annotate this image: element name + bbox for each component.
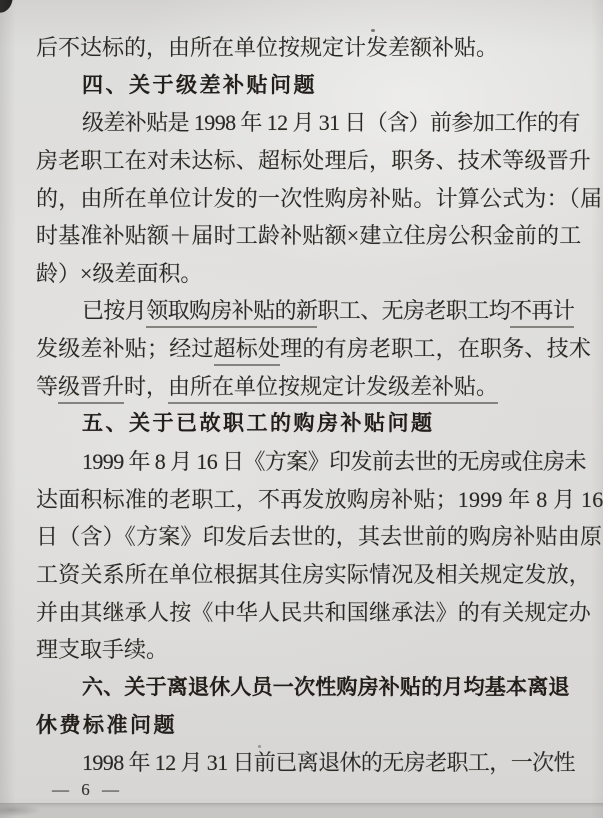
text-line: 达面积标准的老职工，不再发放购房补贴；1999 年 8 月 16 [36,481,570,519]
text-segment: 1998 年 12 月 31 日前已离退休的无房老职工，一次性 [82,750,575,775]
text-line: 1999 年 8 月 16 日《方案》印发前去世的无房或住房未 [36,443,570,481]
text-line: 后不达标的，由所在单位按规定计发差额补贴。 [36,29,570,67]
text-segment: 时基准补贴额＋届时工龄补贴额×建立住房公积金前的工 [36,223,581,248]
text-line: 等级晋升时，由所在单位按规定计发级差补贴。 [36,368,570,406]
doc-lines: 后不达标的，由所在单位按规定计发差额补贴。四、关于级差补贴问题级差补贴是 199… [36,29,570,782]
text-segment: 达面积标准的老职工，不再发放购房补贴；1999 年 8 月 16 [36,487,603,512]
text-line: 并由其继承人按《中华人民共和国继承法》的有关规定办 [36,594,570,632]
text-line: 日（含）《方案》印发后去世的，其去世前的购房补贴由原 [36,518,570,556]
text-line: 房老职工在对未达标、超标处理后，职务、技术等级晋升 [36,142,570,180]
scan-dot-artifact [258,745,261,748]
scan-bottom-edge [0,803,603,818]
text-segment: 已按月 [82,298,146,323]
text-line: 理支取手续。 [36,631,570,669]
page-number: — 6 — [52,780,123,800]
text-segment: 工资关系所在单位根据其住房实际情况及相关规定发放， [36,562,591,587]
pencil-underlined-text: 级晋升 [58,374,124,404]
heading-line: 休费标准问题 [36,707,570,745]
text-segment: 房老职工在对未达标、超标处理后，职务、技术等级晋升 [36,148,591,173]
heading-line: 四、关于级差补贴问题 [36,67,570,105]
text-segment: 职工、无房老职工均 [317,298,510,323]
scan-dot-artifact [371,29,375,32]
text-segment: 并由其继承人按《中华人民共和国继承法》的有关规定办 [36,600,591,625]
pencil-underlined-text: 领取购房补贴的新 [146,298,317,328]
text-line: 的，由所在单位计发的一次性购房补贴。计算公式为：（届 [36,180,570,218]
heading-line: 五、关于已故职工的购房补贴问题 [36,405,570,443]
text-line: 已按月领取购房补贴的新职工、无房老职工均不再计 [36,292,570,330]
scan-bottom-smudge [0,800,60,818]
text-segment: 的，由所在单位计发的一次性购房补贴。计算公式为：（届 [36,186,602,211]
text-line: 级差补贴是 1998 年 12 月 31 日（含）前参加工作的有 [36,104,570,142]
document-text-block: 后不达标的，由所在单位按规定计发差额补贴。四、关于级差补贴问题级差补贴是 199… [36,29,570,782]
text-segment: 龄）×级差面积。 [36,261,202,286]
text-segment: 等 [36,374,58,399]
pencil-underlined-text: 不再计 [510,298,574,328]
text-segment: 1999 年 8 月 16 日《方案》印发前去世的无房或住房未 [82,449,586,474]
pencil-underlined-text: 由所在单位按规定计发级差补贴。 [168,374,498,404]
text-segment: 六、关于离退休人员一次性购房补贴的月均基本离退 [82,676,570,699]
text-segment: 日（含）《方案》印发后去世的，其去世前的购房补贴由原 [36,524,602,549]
text-segment: 级差补贴是 1998 年 12 月 31 日（含）前参加工作的有 [82,110,580,135]
text-segment: 休费标准问题 [36,714,177,737]
text-line: 时基准补贴额＋届时工龄补贴额×建立住房公积金前的工 [36,217,570,255]
pencil-underlined-text: 超标处 [214,336,281,366]
text-segment: 后不达标的，由所在单位按规定计发差额补贴。 [36,35,498,60]
text-segment: 理的有房老职工，在职务、技术 [280,336,591,361]
heading-line: 六、关于离退休人员一次性购房补贴的月均基本离退 [36,669,570,707]
text-line: 龄）×级差面积。 [36,255,570,293]
text-line: 1998 年 12 月 31 日前已离退休的无房老职工，一次性 [36,744,570,782]
text-segment: 发级差补贴；经过 [36,336,214,361]
text-segment: 五、关于已故职工的购房补贴问题 [82,412,435,435]
text-line: 工资关系所在单位根据其住房实际情况及相关规定发放， [36,556,570,594]
text-segment: 四、关于级差补贴问题 [82,74,317,97]
text-segment: 时， [124,374,168,399]
text-line: 发级差补贴；经过超标处理的有房老职工，在职务、技术 [36,330,570,368]
text-segment: 理支取手续。 [36,637,168,662]
